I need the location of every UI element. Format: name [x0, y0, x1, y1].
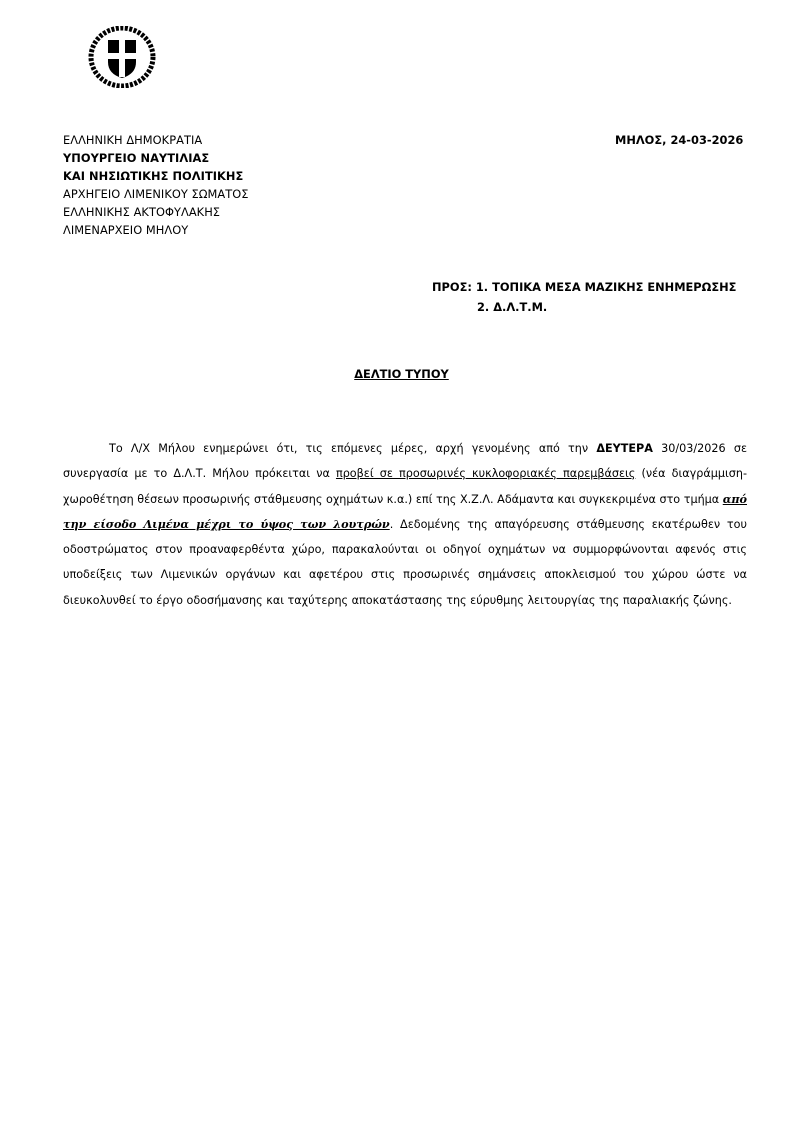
document-title: ΔΕΛΤΙΟ ΤΥΠΟΥ [0, 367, 803, 381]
body-day: ΔΕΥΤΕΡΑ [596, 442, 653, 455]
body-text: . Δεδομένης της απαγόρευσης στάθμευσης ε… [63, 518, 747, 607]
body-underlined: προβεί σε προσωρινές κυκλοφοριακές παρεμ… [336, 467, 635, 480]
header-line: ΥΠΟΥΡΓΕΙΟ ΝΑΥΤΙΛΙΑΣ [63, 149, 249, 167]
recipient-line-2: 2. Δ.Λ.Τ.Μ. [432, 297, 736, 317]
document-date: ΜΗΛΟΣ, 24-03-2026 [615, 131, 743, 149]
greek-coat-of-arms-icon [88, 26, 156, 88]
recipients: ΠΡΟΣ: 1. ΤΟΠΙΚΑ ΜΕΣΑ ΜΑΖΙΚΗΣ ΕΝΗΜΕΡΩΣΗΣ … [432, 277, 736, 317]
header-line: ΕΛΛΗΝΙΚΗΣ ΑΚΤΟΦΥΛΑΚΗΣ [63, 203, 249, 221]
header-line: ΛΙΜΕΝΑΡΧΕΙΟ ΜΗΛΟΥ [63, 221, 249, 239]
header-line: ΑΡΧΗΓΕΙΟ ΛΙΜΕΝΙΚΟΥ ΣΩΜΑΤΟΣ [63, 185, 249, 203]
body-text: Το Λ/Χ Μήλου ενημερώνει ότι, τις επόμενε… [109, 442, 596, 455]
recipient-line-1: ΠΡΟΣ: 1. ΤΟΠΙΚΑ ΜΕΣΑ ΜΑΖΙΚΗΣ ΕΝΗΜΕΡΩΣΗΣ [432, 277, 736, 297]
header-line: ΕΛΛΗΝΙΚΗ ΔΗΜΟΚΡΑΤΙΑ [63, 131, 249, 149]
press-release-body: Το Λ/Χ Μήλου ενημερώνει ότι, τις επόμενε… [63, 436, 747, 613]
issuing-authority: ΕΛΛΗΝΙΚΗ ΔΗΜΟΚΡΑΤΙΑ ΥΠΟΥΡΓΕΙΟ ΝΑΥΤΙΛΙΑΣ … [63, 131, 249, 239]
header-line: ΚΑΙ ΝΗΣΙΩΤΙΚΗΣ ΠΟΛΙΤΙΚΗΣ [63, 167, 249, 185]
